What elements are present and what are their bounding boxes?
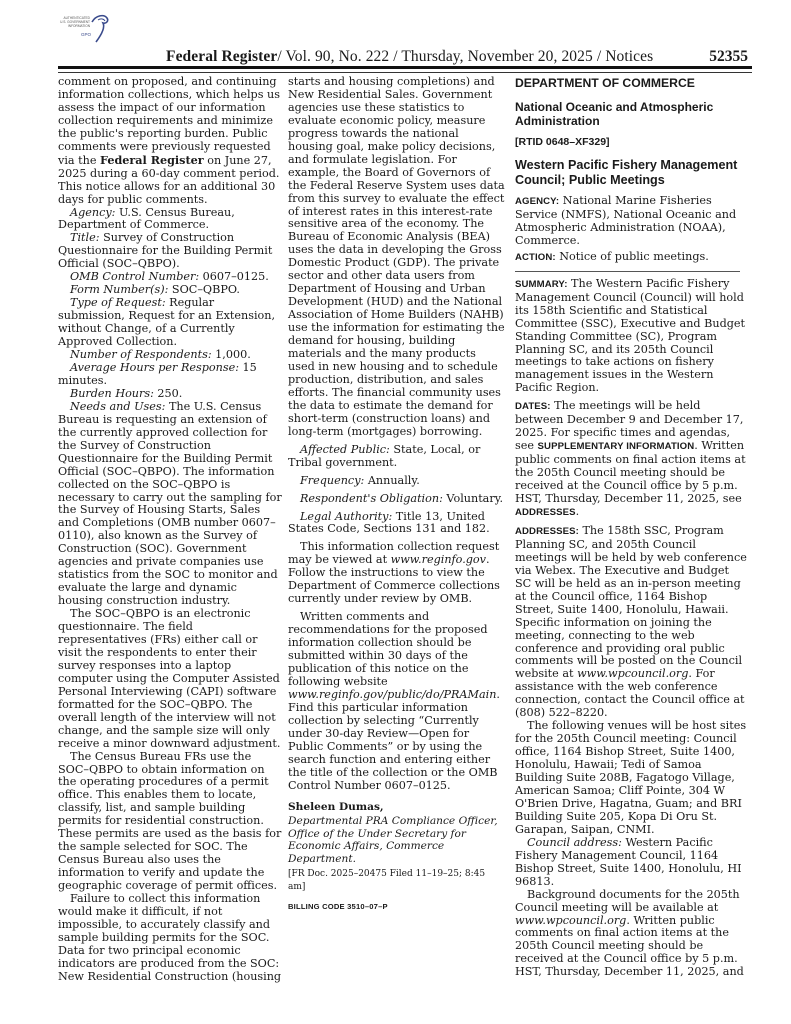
wpcouncil-link[interactable]: www.wpcouncil.org xyxy=(577,667,688,680)
eagle-icon xyxy=(88,12,110,44)
section-addresses: ADDRESSES: The 158th SSC, Program Planni… xyxy=(515,525,747,720)
paragraph-electronic: The SOC–QBPO is an electronic questionna… xyxy=(58,608,283,750)
field-label: Agency: xyxy=(70,206,115,219)
field-label: Needs and Uses: xyxy=(70,400,165,413)
field-agency: Agency: U.S. Census Bureau, Department o… xyxy=(58,207,283,233)
field-label: Respondent's Obligation: xyxy=(300,492,443,505)
field-label: Frequency: xyxy=(300,474,364,487)
reginfo-link[interactable]: www.reginfo.gov xyxy=(391,553,486,566)
field-label: OMB Control Number: xyxy=(70,270,199,283)
paragraph-background: Background documents for the 205th Counc… xyxy=(515,889,747,980)
section-divider xyxy=(515,271,740,272)
notice-title: Western Pacific Fishery Management Counc… xyxy=(515,158,747,187)
field-label: Legal Authority: xyxy=(300,510,392,523)
gpo-authenticated-logo: AUTHENTICATED U.S. GOVERNMENT INFORMATIO… xyxy=(54,10,114,44)
field-title: Title: Survey of Construction Questionna… xyxy=(58,232,283,271)
section-label: DATES: xyxy=(515,401,551,412)
section-label: ADDRESSES: xyxy=(515,526,579,537)
field-frequency: Frequency: Annually. xyxy=(288,475,505,488)
field-label: Average Hours per Response: xyxy=(70,361,239,374)
field-council-address: Council address: Western Pacific Fishery… xyxy=(515,837,747,889)
paragraph-venues: The following venues will be host sites … xyxy=(515,720,747,837)
section-label: SUMMARY: xyxy=(515,279,568,290)
field-label: Form Number(s): xyxy=(70,283,168,296)
text-run: Written comments and recommendations for… xyxy=(288,610,487,688)
field-label: Number of Respondents: xyxy=(70,348,212,361)
section-agency: AGENCY: National Marine Fisheries Servic… xyxy=(515,195,747,248)
field-label: Type of Request: xyxy=(70,296,166,309)
section-text: The Western Pacific Fishery Management C… xyxy=(515,277,745,395)
field-value: 250. xyxy=(154,387,182,400)
page-number: 52355 xyxy=(709,48,748,66)
field-legal-authority: Legal Authority: Title 13, United States… xyxy=(288,511,505,537)
field-value: Annually. xyxy=(364,474,419,487)
supplementary-info-ref: SUPPLEMENTARY INFORMATION xyxy=(538,441,695,452)
field-label: Title: xyxy=(70,231,100,244)
field-respondents-obligation: Respondent's Obligation: Voluntary. xyxy=(288,493,505,506)
column-1: comment on proposed, and continuing info… xyxy=(58,76,283,984)
fr-doc-line: [FR Doc. 2025–20475 Filed 11–19–25; 8:45… xyxy=(288,868,505,894)
section-summary: SUMMARY: The Western Pacific Fishery Man… xyxy=(515,278,747,396)
running-title: Federal Register/ Vol. 90, No. 222 / Thu… xyxy=(166,48,653,66)
wpcouncil-link[interactable]: www.wpcouncil.org xyxy=(515,914,626,927)
section-action: ACTION: Notice of public meetings. xyxy=(515,251,747,265)
text-run: Background documents for the 205th Counc… xyxy=(515,888,740,914)
issue-citation: / Vol. 90, No. 222 / Thursday, November … xyxy=(277,48,653,65)
field-value: The U.S. Census Bureau is requesting an … xyxy=(58,400,282,607)
field-value: SOC–QBPO. xyxy=(168,283,240,296)
field-label: Burden Hours: xyxy=(70,387,154,400)
paragraph-frs: The Census Bureau FRs use the SOC–QBPO t… xyxy=(58,751,283,893)
header-rule-thick xyxy=(58,66,752,69)
header-rule-thin xyxy=(58,72,752,73)
section-text: . xyxy=(576,505,580,518)
logo-line: INFORMATION xyxy=(54,24,90,28)
field-affected-public: Affected Public: State, Local, or Tribal… xyxy=(288,444,505,470)
paragraph-failure: Failure to collect this information woul… xyxy=(58,893,283,984)
paragraph-written-comments: Written comments and recommendations for… xyxy=(288,611,505,792)
addresses-ref: ADDRESSES xyxy=(515,507,576,518)
paragraph-view: This information collection request may … xyxy=(288,541,505,606)
text-run: . Find this particular information colle… xyxy=(288,688,500,792)
field-needs-and-uses: Needs and Uses: The U.S. Census Bureau i… xyxy=(58,401,283,608)
pramain-link[interactable]: www.reginfo.gov/public/do/PRAMain xyxy=(288,688,496,701)
section-text: Notice of public meetings. xyxy=(556,250,709,263)
department-heading: DEPARTMENT OF COMMERCE xyxy=(515,76,747,90)
field-value: 1,000. xyxy=(212,348,251,361)
column-2: starts and housing completions) and New … xyxy=(288,76,505,914)
field-value: Voluntary. xyxy=(443,492,503,505)
field-label: Affected Public: xyxy=(300,443,390,456)
signer-name: Sheleen Dumas, xyxy=(288,801,505,814)
field-average-hours: Average Hours per Response: 15 minutes. xyxy=(58,362,283,388)
section-text: The 158th SSC, Program Planning SC, and … xyxy=(515,524,747,680)
paragraph-continued: starts and housing completions) and New … xyxy=(288,76,505,439)
federal-register-ref: Federal Register xyxy=(100,153,204,167)
field-type-of-request: Type of Request: Regular submission, Req… xyxy=(58,297,283,349)
journal-name: Federal Register xyxy=(166,48,277,65)
paragraph: comment on proposed, and continuing info… xyxy=(58,76,283,207)
logo-text: AUTHENTICATED U.S. GOVERNMENT INFORMATIO… xyxy=(54,16,90,28)
field-label: Council address: xyxy=(527,836,622,849)
section-label: AGENCY: xyxy=(515,196,559,207)
section-dates: DATES: The meetings will be held between… xyxy=(515,400,747,520)
column-3: DEPARTMENT OF COMMERCE National Oceanic … xyxy=(515,76,747,979)
field-value: 0607–0125. xyxy=(199,270,269,283)
agency-heading: National Oceanic and Atmospheric Adminis… xyxy=(515,100,747,128)
page-header: Federal Register/ Vol. 90, No. 222 / Thu… xyxy=(58,45,752,67)
rtid-number: [RTID 0648–XF329] xyxy=(515,136,747,149)
signer-title: Departmental PRA Compliance Officer, Off… xyxy=(288,815,505,865)
section-label: ACTION: xyxy=(515,252,556,263)
billing-code: BILLING CODE 3510–07–P xyxy=(288,901,505,914)
